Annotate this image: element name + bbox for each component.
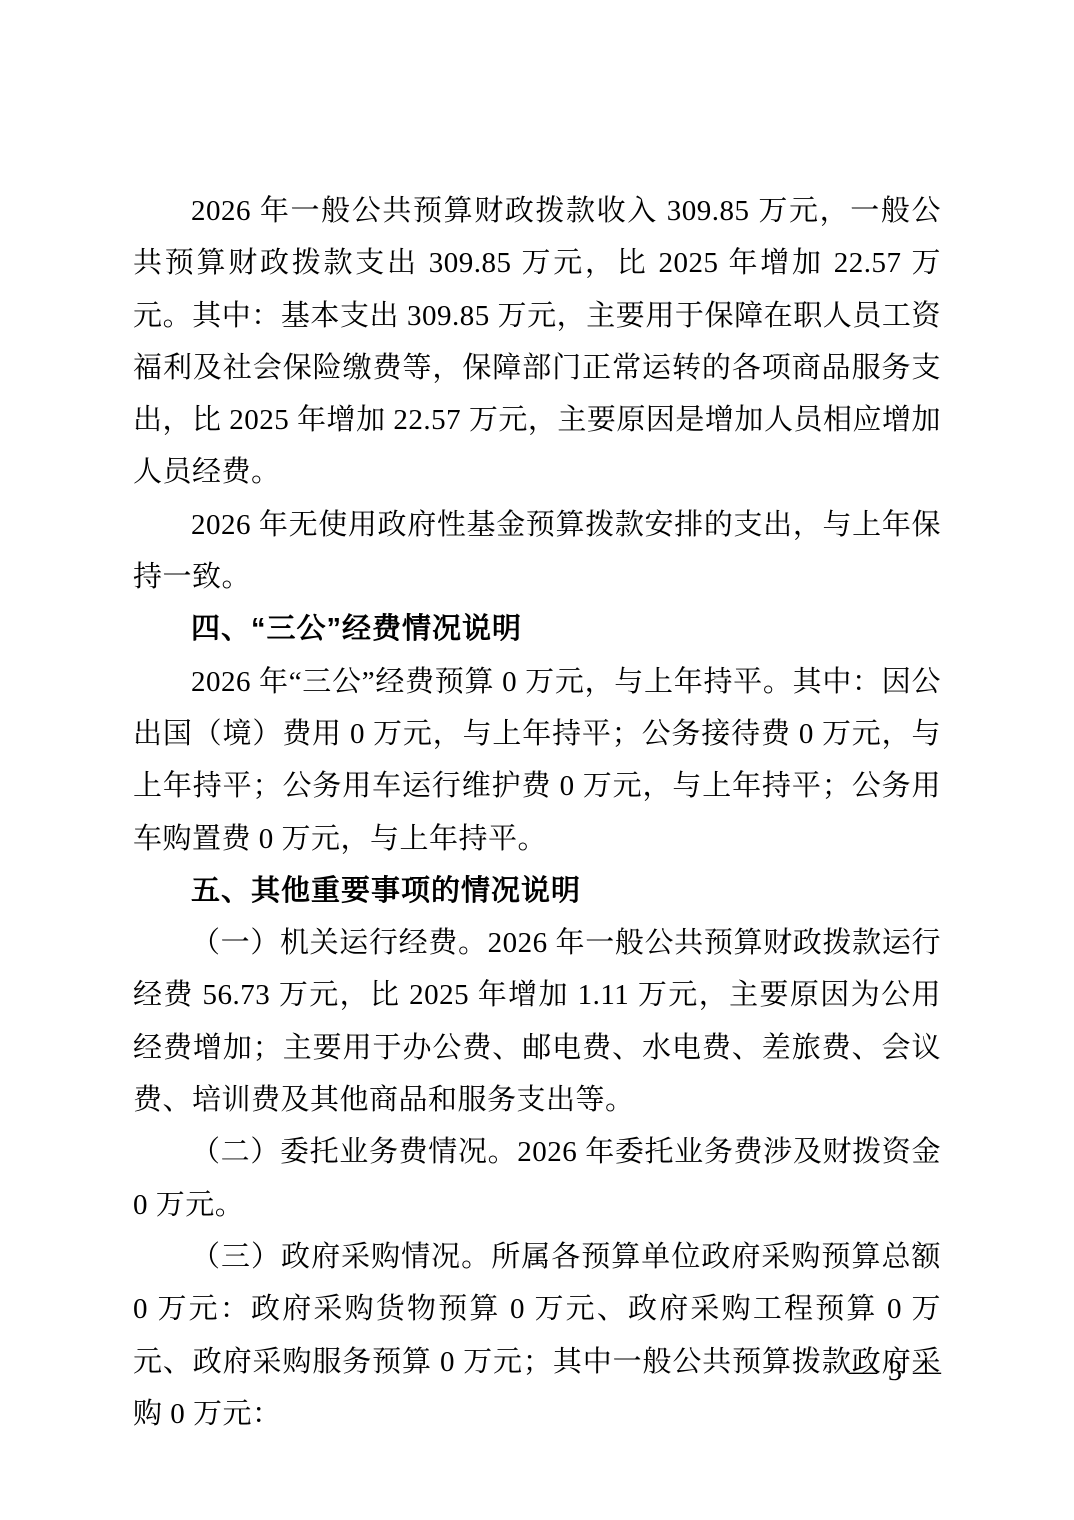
document-page: 2026 年一般公共预算财政拨款收入 309.85 万元，一般公共预算财政拨款支… bbox=[0, 0, 1074, 1520]
paragraph-entrusted-business-fees: （二）委托业务费情况。2026 年委托业务费涉及财拨资金 0 万元。 bbox=[133, 1126, 941, 1231]
paragraph-text: 2026 年“三公”经费预算 0 万元，与上年持平。其中：因公出国（境）费用 0… bbox=[133, 666, 941, 855]
paragraph-government-procurement: （三）政府采购情况。所属各预算单位政府采购预算总额 0 万元：政府采购货物预算 … bbox=[133, 1231, 941, 1440]
paragraph-budget-allocation: 2026 年一般公共预算财政拨款收入 309.85 万元，一般公共预算财政拨款支… bbox=[133, 185, 941, 499]
paragraph-three-public-expenses: 2026 年“三公”经费预算 0 万元，与上年持平。其中：因公出国（境）费用 0… bbox=[133, 656, 941, 865]
page-number: — 3 — bbox=[849, 1352, 943, 1392]
paragraph-text: 2026 年一般公共预算财政拨款收入 309.85 万元，一般公共预算财政拨款支… bbox=[133, 195, 941, 488]
heading-section-five-other-important-matters: 五、其他重要事项的情况说明 bbox=[133, 865, 941, 917]
paragraph-government-fund: 2026 年无使用政府性基金预算拨款安排的支出，与上年保持一致。 bbox=[133, 499, 941, 604]
document-body: 2026 年一般公共预算财政拨款收入 309.85 万元，一般公共预算财政拨款支… bbox=[133, 185, 941, 1440]
heading-section-four-three-public-expenses: 四、“三公”经费情况说明 bbox=[133, 603, 941, 655]
paragraph-lead: （二）委托业务费情况。 bbox=[191, 1136, 517, 1168]
paragraph-agency-operating-funds: （一）机关运行经费。2026 年一般公共预算财政拨款运行经费 56.73 万元，… bbox=[133, 917, 941, 1126]
paragraph-lead: （三）政府采购情况。 bbox=[191, 1241, 491, 1273]
paragraph-lead: （一）机关运行经费。 bbox=[191, 927, 488, 959]
paragraph-text: 2026 年无使用政府性基金预算拨款安排的支出，与上年保持一致。 bbox=[133, 509, 941, 593]
